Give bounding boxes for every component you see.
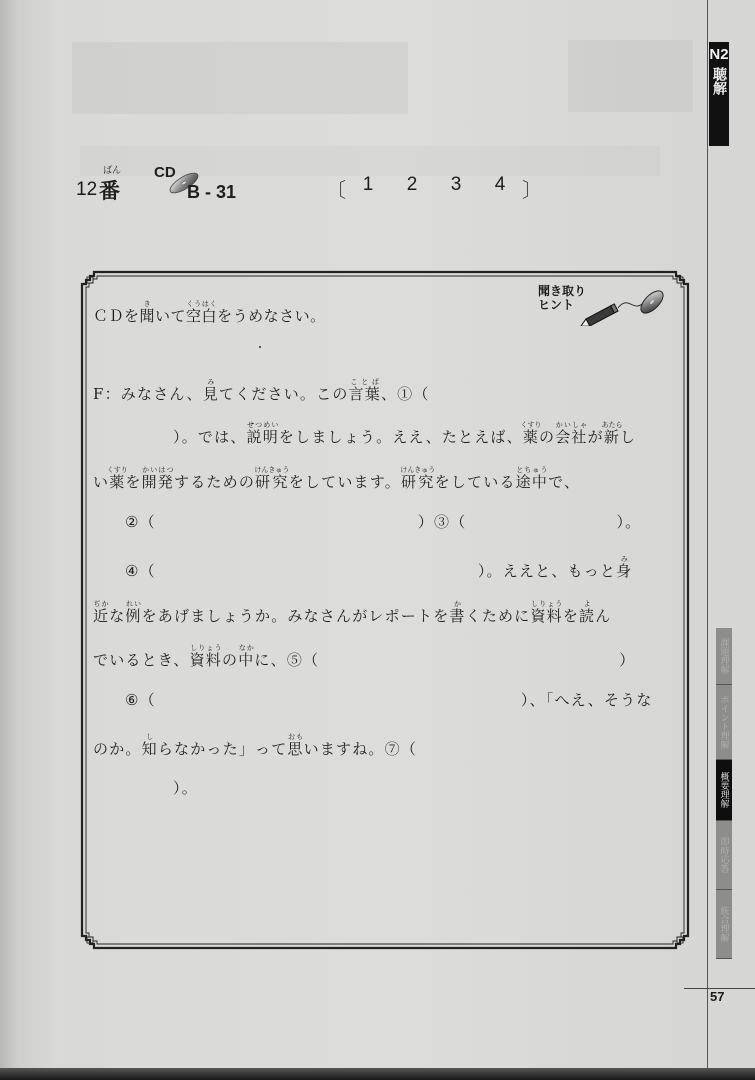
- listening-hint: 聞き取り ヒント: [536, 280, 666, 326]
- transcript-line: ）。では、説明せつめいをしましょう。ええ、たとえば、薬くすりの会社かいしゃが新あ…: [173, 421, 636, 447]
- question-number: 12: [76, 179, 97, 201]
- transcript-line: のか。知しらなかった」って思おもいますね。⑦（: [93, 733, 417, 759]
- furigana-word: 開発かいはつ: [142, 473, 174, 491]
- tab-sokuji-outou[interactable]: 即時応答: [716, 821, 732, 890]
- tab-tougou-rikai[interactable]: 統合理解: [716, 890, 732, 959]
- furigana-word: 途中とちゅう: [516, 473, 548, 491]
- level-tab: N2 聴解: [709, 42, 729, 146]
- choice-1[interactable]: 1: [346, 174, 390, 203]
- tab-gaiyou-rikai[interactable]: 概要理解: [716, 760, 732, 821]
- furigana-word: 薬くすり: [109, 473, 125, 491]
- transcript-line: ⑥（）、「へえ、そうな: [125, 689, 653, 710]
- question-counter: 番: [99, 175, 120, 205]
- furigana-word: 書か: [449, 607, 465, 625]
- cd-track: B - 31: [187, 182, 236, 203]
- choice-3[interactable]: 3: [434, 174, 478, 203]
- bracket-close: 〕: [522, 174, 542, 203]
- furigana-word: 研究けんきゅう: [401, 473, 435, 491]
- furigana-word: 読よ: [579, 607, 595, 625]
- furigana-word: 見み: [203, 385, 219, 403]
- stray-dot: [259, 346, 261, 348]
- answer-choices: 〔 1 2 3 4 〕: [326, 174, 542, 203]
- transcript-line: ④（）。ええと、もっと身み: [125, 555, 632, 581]
- bracket-open: 〔: [326, 174, 346, 203]
- section-label: 聴解: [709, 67, 731, 95]
- transcript-line: ）。: [173, 777, 198, 798]
- transcript-line: F：みなさん、見みてください。この言葉ことば、①（: [93, 378, 430, 404]
- furigana-word: 資料しりょう: [190, 651, 222, 669]
- furigana-word: 資料しりょう: [530, 607, 562, 625]
- furigana-word: 新あたら: [604, 428, 620, 446]
- furigana-word: 思おも: [287, 740, 303, 758]
- choice-2[interactable]: 2: [390, 174, 434, 203]
- furigana-word: 薬くすり: [523, 428, 539, 446]
- bleed-through-table: [72, 42, 408, 114]
- furigana-word: 会社かいしゃ: [555, 428, 587, 446]
- furigana-word: 知し: [142, 740, 158, 758]
- textbook-page: N2 聴解 課題理解 ポイント理解 概要理解 即時応答 統合理解 57 12 ば…: [0, 0, 755, 1068]
- section-tabs: 課題理解 ポイント理解 概要理解 即時応答 統合理解: [716, 628, 732, 959]
- furigana-word: 中なか: [238, 651, 254, 669]
- level-label: N2: [709, 46, 729, 63]
- furigana-word: 例れい: [125, 607, 141, 625]
- instruction-text: ＣＤを聞きいて空白くうはくをうめなさい。: [93, 300, 326, 326]
- pencil-and-cd-icon: [576, 284, 666, 326]
- margin-line: [707, 0, 708, 1068]
- choice-4[interactable]: 4: [478, 174, 522, 203]
- furigana-word: 近ぢか: [93, 607, 109, 625]
- question-header: 12 ばん 番 CD B - 31 〔 1 2 3 4 〕: [76, 162, 636, 202]
- tab-point-rikai[interactable]: ポイント理解: [716, 685, 732, 760]
- transcript-line: ②（）③（）。: [125, 511, 641, 532]
- furigana-word: 身み: [616, 562, 632, 580]
- furigana-word: 説明せつめい: [247, 428, 279, 446]
- transcript-line: でいるとき、資料しりょうの中なかに、⑤（）: [93, 644, 635, 670]
- transcript-line: 近ぢかな例れいをあげましょうか。みなさんがレポートを書かくために資料しりょうを読…: [93, 600, 611, 626]
- furigana-word: 研究けんきゅう: [255, 473, 289, 491]
- transcript-line: い薬くすりを開発かいはつするための研究けんきゅうをしています。研究けんきゅうをし…: [93, 466, 580, 492]
- bleed-through-box: [568, 40, 693, 112]
- furigana-word: 言葉ことば: [349, 385, 381, 403]
- page-edge-shadow: [0, 1068, 755, 1080]
- page-number: 57: [710, 989, 724, 1004]
- tab-kadai-rikai[interactable]: 課題理解: [716, 628, 732, 685]
